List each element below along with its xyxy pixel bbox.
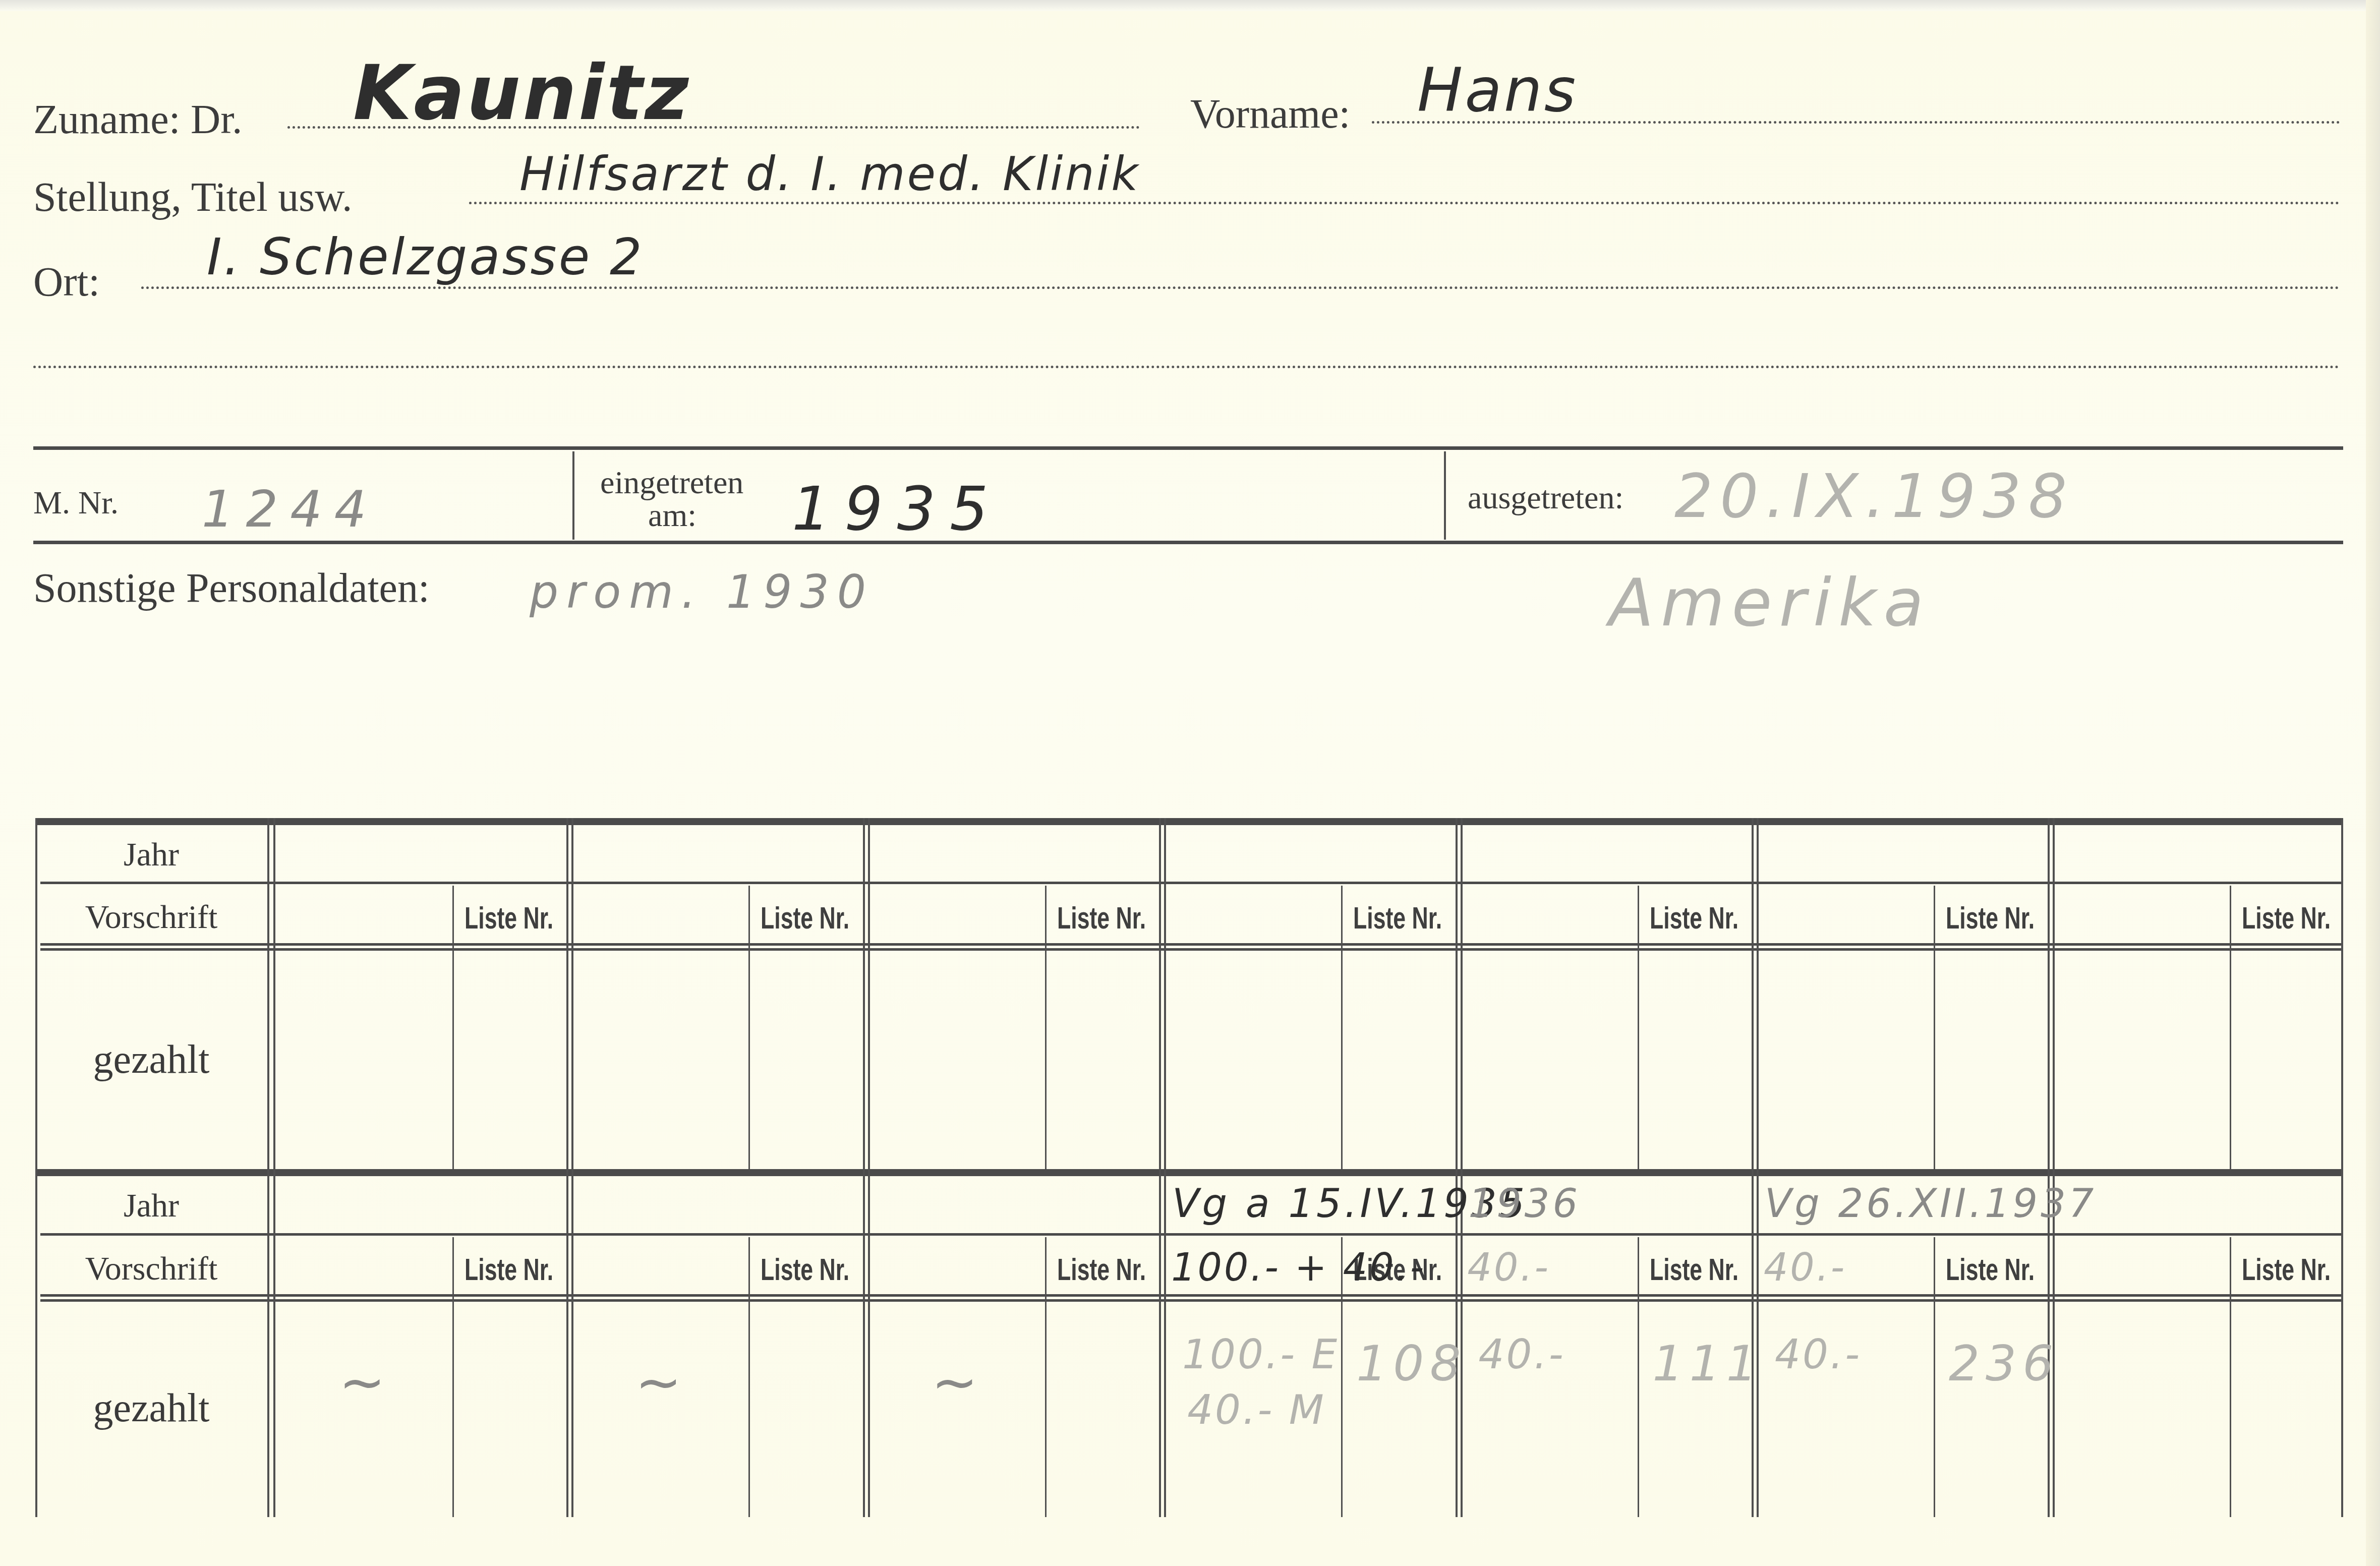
paid-cell[interactable] — [2051, 1303, 2227, 1517]
prescribed-cell[interactable] — [1459, 886, 1635, 943]
other-data-value[interactable]: prom. 1930 — [530, 570, 874, 615]
ledger-block-divider-a — [566, 818, 568, 1171]
year-cell[interactable] — [1162, 825, 1451, 882]
prescribed-cell[interactable] — [866, 886, 1042, 943]
ledger-double-rule-b — [40, 948, 2341, 951]
list-no-cell[interactable] — [454, 952, 564, 1171]
ledger-list-divider — [1045, 1237, 1047, 1517]
list-no-cell[interactable] — [750, 952, 860, 1171]
ledger-thick-rule — [35, 1169, 2341, 1176]
place-line — [141, 286, 2340, 289]
position-line — [469, 202, 2340, 204]
ledger-label-divider-a — [267, 818, 269, 1171]
member-no-label: M. Nr. — [33, 487, 119, 519]
joined-value[interactable]: 1935 — [792, 479, 1002, 540]
list-no-header: Liste Nr. — [465, 903, 553, 934]
prescribed-cell[interactable]: 40.- — [1764, 1248, 1846, 1287]
ledger-double-rule-a — [40, 1294, 2341, 1297]
list-no-cell[interactable] — [2232, 952, 2342, 1171]
list-no-header: Liste Nr. — [1353, 903, 1442, 934]
year-cell[interactable] — [2051, 1176, 2340, 1233]
row-label-prescribed: Vorschrift — [35, 901, 267, 934]
list-no-header: Liste Nr. — [2242, 903, 2331, 934]
prescribed-cell[interactable] — [273, 886, 449, 943]
list-no-header: Liste Nr. — [761, 903, 849, 934]
paid-cell[interactable] — [1459, 952, 1635, 1171]
year-cell[interactable] — [273, 1176, 562, 1233]
list-no-header: Liste Nr. — [1946, 903, 2035, 934]
year-cell[interactable] — [1755, 825, 2044, 882]
year-cell[interactable] — [569, 825, 858, 882]
other-data-label: Sonstige Personaldaten: — [33, 567, 430, 609]
membership-divider-1 — [572, 451, 574, 540]
firstname-label: Vorname: — [1190, 93, 1350, 135]
list-no-header: Liste Nr. — [465, 1254, 553, 1286]
ledger-list-divider — [452, 886, 454, 1171]
membership-bottom-rule — [33, 541, 2343, 544]
prescribed-cell[interactable] — [1755, 886, 1931, 943]
membership-card: Zuname: Dr. Kaunitz Vorname: Hans Stellu… — [0, 0, 2380, 1566]
ledger-year-rule — [40, 1233, 2341, 1236]
list-no-cell[interactable] — [1640, 952, 1750, 1171]
year-cell[interactable] — [273, 825, 562, 882]
ledger-block-divider-a — [1752, 818, 1754, 1171]
ledger-list-divider — [2230, 886, 2231, 1171]
list-no-cell[interactable]: 108 — [1356, 1340, 1467, 1388]
row-label-prescribed: Vorschrift — [35, 1252, 267, 1286]
paid-cell[interactable] — [273, 952, 449, 1171]
list-no-header: Liste Nr. — [1057, 903, 1146, 934]
year-cell[interactable]: Vg 26.XII.1937 — [1765, 1184, 2097, 1224]
row-label-year: Jahr — [35, 1189, 267, 1223]
paid-cell[interactable] — [569, 952, 745, 1171]
list-no-header: Liste Nr. — [2242, 1254, 2331, 1286]
paid-cell[interactable]: 40.- — [1775, 1335, 1862, 1375]
ledger-list-divider — [748, 1237, 750, 1517]
list-no-cell[interactable] — [1047, 952, 1157, 1171]
list-no-cell[interactable] — [1047, 1303, 1157, 1517]
ledger-list-divider — [1638, 1237, 1639, 1517]
ledger-list-divider — [1045, 886, 1047, 1171]
paid-cell[interactable]: ~ — [932, 1355, 980, 1410]
extra-line — [33, 366, 2340, 368]
place-value[interactable]: I. Schelzgasse 2 — [207, 232, 644, 282]
ledger-list-divider — [748, 886, 750, 1171]
year-cell[interactable]: 1936 — [1469, 1184, 1581, 1224]
paid-cell[interactable]: ~ — [339, 1355, 387, 1410]
ledger-block-divider-a — [1159, 1169, 1161, 1517]
ledger-year-rule — [40, 882, 2341, 884]
year-cell[interactable] — [569, 1176, 858, 1233]
list-no-header: Liste Nr. — [761, 1254, 849, 1286]
paid-cell[interactable] — [2051, 952, 2227, 1171]
surname-label: Zuname: Dr. — [33, 99, 242, 140]
ledger-double-rule-a — [40, 943, 2341, 946]
ledger-list-divider — [1934, 1237, 1935, 1517]
prescribed-cell[interactable] — [2051, 886, 2227, 943]
prescribed-cell[interactable]: 100.- + 40.- — [1171, 1248, 1426, 1287]
list-no-header: Liste Nr. — [1650, 903, 1738, 934]
place-label: Ort: — [33, 261, 100, 303]
prescribed-cell[interactable] — [569, 1237, 745, 1294]
list-no-cell[interactable] — [454, 1303, 564, 1517]
row-label-paid: gezahlt — [35, 1039, 267, 1080]
prescribed-cell[interactable] — [1162, 886, 1338, 943]
list-no-header: Liste Nr. — [1057, 1254, 1146, 1286]
year-cell[interactable] — [866, 825, 1155, 882]
ledger-block-divider-a — [863, 1169, 865, 1517]
year-cell[interactable] — [1459, 825, 1748, 882]
left-value[interactable]: 20.IX.1938 — [1674, 467, 2074, 527]
ledger-block-divider-a — [566, 1169, 568, 1517]
card-top-edge — [0, 0, 2380, 11]
ledger-double-rule-b — [40, 1299, 2341, 1302]
paid-cell[interactable] — [1162, 952, 1338, 1171]
ledger-list-divider — [1341, 886, 1343, 1171]
ledger-list-divider — [1638, 886, 1639, 1171]
surname-value[interactable]: Kaunitz — [353, 55, 690, 131]
paid-cell[interactable] — [1755, 952, 1931, 1171]
year-cell[interactable] — [2051, 825, 2340, 882]
left-label: ausgetreten: — [1468, 482, 1623, 514]
list-no-header: Liste Nr. — [1650, 1254, 1738, 1286]
prescribed-cell[interactable]: 40.- — [1468, 1248, 1550, 1287]
paid-cell[interactable]: 40.- — [1479, 1335, 1565, 1375]
membership-divider-2 — [1444, 451, 1446, 540]
position-label: Stellung, Titel usw. — [33, 177, 353, 218]
ledger-block-divider-a — [1159, 818, 1161, 1171]
paid-cell[interactable]: 100.- E — [1182, 1335, 1339, 1375]
list-no-cell[interactable] — [1936, 952, 2046, 1171]
prescribed-cell[interactable] — [2051, 1237, 2227, 1294]
ledger-list-divider — [1934, 886, 1935, 1171]
year-cell[interactable] — [866, 1176, 1155, 1233]
paid-cell[interactable]: ~ — [635, 1355, 683, 1410]
ledger-block-divider-a — [863, 818, 865, 1171]
card-right-edge — [2366, 0, 2380, 1566]
row-label-year: Jahr — [35, 838, 267, 872]
paid-cell-line2[interactable]: 40.- M — [1187, 1390, 1326, 1430]
ledger-thick-rule — [35, 818, 2341, 825]
ledger-label-divider-a — [267, 1169, 269, 1517]
ledger-block-divider-a — [1456, 818, 1458, 1171]
member-no-value[interactable]: 1244 — [202, 484, 379, 535]
prescribed-cell[interactable] — [569, 886, 745, 943]
ledger-block-divider-a — [2048, 818, 2050, 1171]
list-no-header: Liste Nr. — [1946, 1254, 2035, 1286]
row-label-paid: gezahlt — [35, 1388, 267, 1428]
paid-cell[interactable] — [866, 952, 1042, 1171]
list-no-cell[interactable] — [1343, 952, 1453, 1171]
ledger-list-divider — [452, 1237, 454, 1517]
position-value[interactable]: Hilfsarzt d. I. med. Klinik — [519, 151, 1140, 198]
joined-label-2: am: — [648, 499, 696, 532]
list-no-cell[interactable]: 236 — [1949, 1340, 2059, 1388]
ledger-block-divider-b — [1164, 1169, 1166, 1517]
list-no-cell[interactable] — [750, 1303, 860, 1517]
ledger-list-divider — [2230, 1237, 2231, 1517]
joined-label-1: eingetreten — [600, 467, 743, 499]
list-no-cell[interactable] — [2232, 1303, 2342, 1517]
firstname-value[interactable]: Hans — [1417, 61, 1578, 121]
list-no-cell[interactable]: 111 — [1653, 1340, 1763, 1388]
destination-note[interactable]: Amerika — [1609, 570, 1931, 635]
prescribed-cell[interactable] — [866, 1237, 1042, 1294]
membership-top-rule — [33, 446, 2343, 450]
prescribed-cell[interactable] — [273, 1237, 449, 1294]
